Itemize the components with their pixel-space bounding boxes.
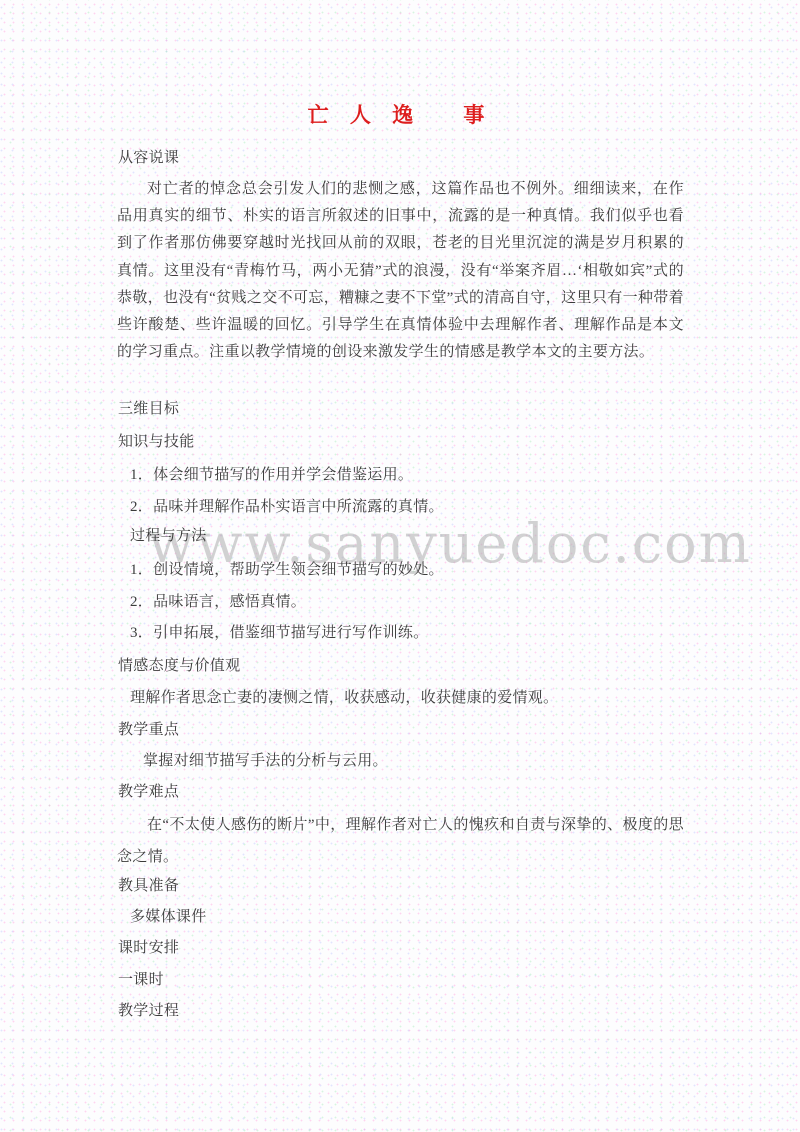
subheading-emotion-values: 情感态度与价值观 bbox=[118, 654, 240, 675]
lecture-paragraph: 对亡者的悼念总会引发人们的悲恻之感，这篇作品也不例外。细细读来，在作品用真实的细… bbox=[117, 176, 684, 366]
section-heading-teaching-aids: 教具准备 bbox=[118, 874, 179, 895]
subheading-knowledge-skills: 知识与技能 bbox=[118, 430, 195, 451]
process-item-1: 1．创设情境，帮助学生领会细节描写的妙处。 bbox=[130, 558, 444, 579]
section-heading-difficulty: 教学难点 bbox=[118, 780, 179, 801]
section-heading-lecture: 从容说课 bbox=[118, 146, 179, 167]
subheading-process-method: 过程与方法 bbox=[130, 524, 207, 545]
document-page: { "page": { "title": "亡 人 逸 事", "title_c… bbox=[0, 0, 800, 1132]
key-point-text: 掌握对细节描写手法的分析与云用。 bbox=[143, 749, 388, 770]
process-item-3: 3．引申拓展，借鉴细节描写进行写作训练。 bbox=[130, 621, 429, 642]
emotion-text: 理解作者思念亡妻的凄恻之情，收获感动，收获健康的爱情观。 bbox=[130, 686, 558, 707]
section-heading-procedure: 教学过程 bbox=[118, 999, 179, 1020]
teaching-aids-text: 多媒体课件 bbox=[130, 905, 207, 926]
section-heading-schedule: 课时安排 bbox=[118, 936, 179, 957]
knowledge-item-2: 2．品味并理解作品朴实语言中所流露的真情。 bbox=[130, 495, 444, 516]
section-heading-key-point: 教学重点 bbox=[118, 718, 179, 739]
process-item-2: 2．品味语言，感悟真情。 bbox=[130, 590, 306, 611]
section-heading-objectives: 三维目标 bbox=[118, 397, 179, 418]
knowledge-item-1: 1．体会细节描写的作用并学会借鉴运用。 bbox=[130, 463, 413, 484]
schedule-text: 一课时 bbox=[118, 968, 164, 989]
document-title: 亡 人 逸 事 bbox=[0, 99, 800, 129]
difficulty-paragraph: 在“不太使人感伤的断片”中，理解作者对亡人的愧疚和自责与深挚的、极度的思念之情。 bbox=[117, 810, 684, 873]
